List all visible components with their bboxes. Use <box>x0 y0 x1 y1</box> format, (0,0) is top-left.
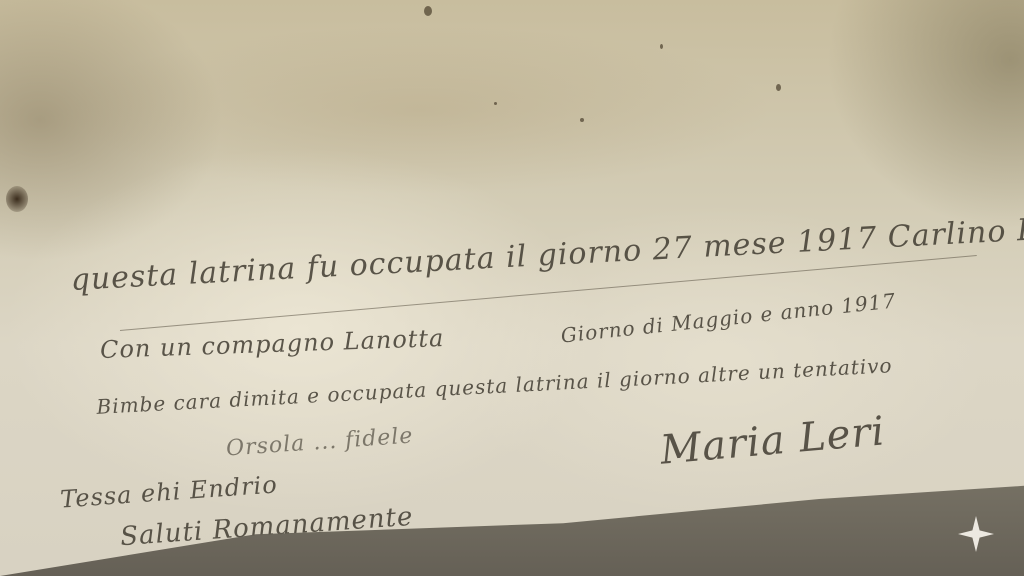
wall-hole <box>6 186 28 212</box>
wall-speck <box>776 84 781 91</box>
wall-speck <box>494 102 497 105</box>
wall-speck <box>580 118 584 122</box>
wall-speck <box>660 44 663 49</box>
wall-speck <box>424 6 432 16</box>
